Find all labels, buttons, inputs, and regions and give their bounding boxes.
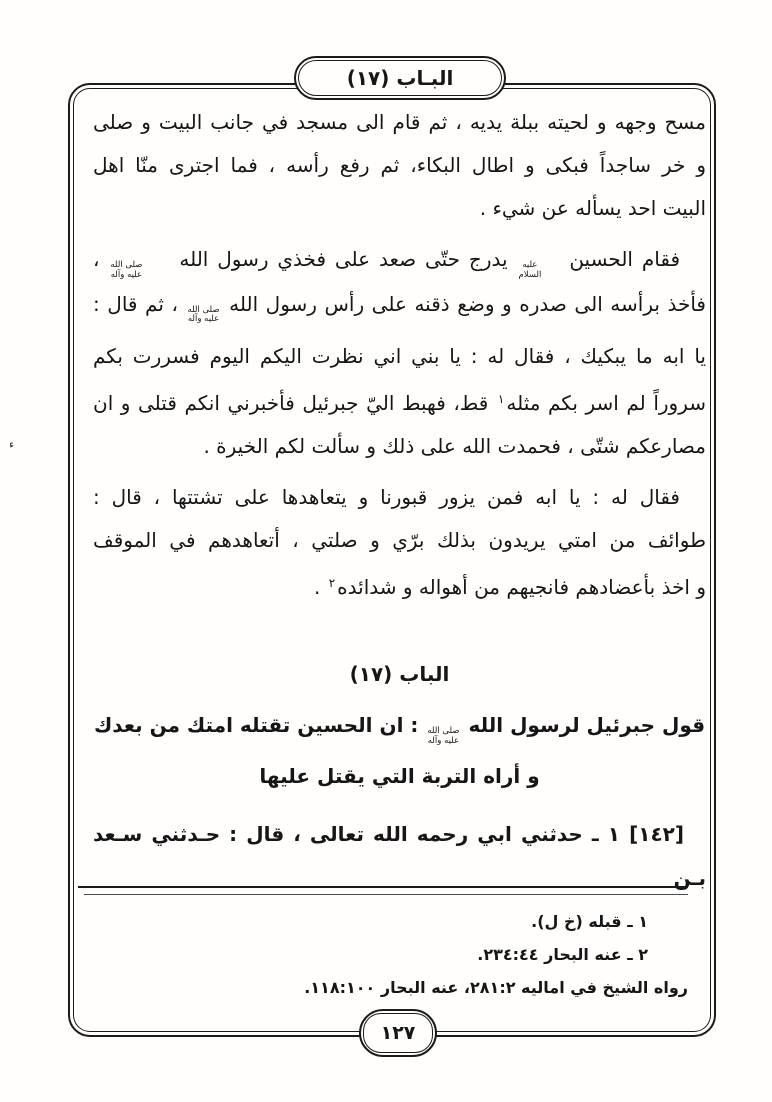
footnote-marker: ٢ <box>329 576 335 590</box>
text-run: . <box>314 575 327 599</box>
footnotes-section: ١ ـ قبله (خ ل).٢ ـ عنه البحار ٢٣٤:٤٤.روا… <box>78 886 688 1004</box>
text-run: فقال له : يا ابه فمن يزور قبورنا و يتعاه… <box>93 485 680 509</box>
chapter-header-capsule: البـاب (١٧) <box>294 56 506 100</box>
text-run: ، ثم قال : <box>93 292 185 316</box>
text-run: و أراه التربة التي يقتل عليها <box>259 764 539 788</box>
page-frame: مسح وجهه و لحيته ببلة يديه ، ثم قام الى … <box>68 83 716 1037</box>
text-run: قول جبرئيل لرسول الله <box>461 713 705 737</box>
text-line: و أراه التربة التي يقتل عليها <box>93 751 706 802</box>
text-run: يا ابه ما يبكيك ، فقال له : يا بني اني ن… <box>93 344 706 368</box>
text-line: و اخذ بأعضادهم فانجيهم من أهواله و شدائد… <box>93 562 706 609</box>
paragraph: مسح وجهه و لحيته ببلة يديه ، ثم قام الى … <box>93 101 706 230</box>
scan-artifact: ء <box>9 438 14 451</box>
honorific-as-mark: عليهالسلام <box>518 261 567 281</box>
honorific-saw-mark: صلى اللهعليه وآله <box>187 306 219 326</box>
chapter-header-label: البـاب (١٧) <box>347 68 454 88</box>
text-run: فقام الحسين <box>569 247 680 271</box>
text-run: البيت احد يسأله عن شيء . <box>480 196 706 220</box>
text-run: ، <box>93 247 108 271</box>
scanned-book-page: مسح وجهه و لحيته ببلة يديه ، ثم قام الى … <box>0 0 772 1102</box>
page-number-capsule: ١٢٧ <box>359 1009 437 1057</box>
text-line: البيت احد يسأله عن شيء . <box>93 187 706 230</box>
text-line: يا ابه ما يبكيك ، فقال له : يا بني اني ن… <box>93 335 706 378</box>
paragraph: فقال له : يا ابه فمن يزور قبورنا و يتعاه… <box>93 476 706 609</box>
text-line: فأخذ برأسه الى صدره و وضع ذقنه على رأس ر… <box>93 283 706 328</box>
text-run: [١٤٢] ١ ـ حدثني ابي رحمه الله تعالى ، قا… <box>93 822 706 890</box>
text-line: قول جبرئيل لرسول الله صلى اللهعليه وآله … <box>93 700 706 751</box>
footnote-list: ١ ـ قبله (خ ل).٢ ـ عنه البحار ٢٣٤:٤٤.روا… <box>78 905 688 1004</box>
text-run: مسح وجهه و لحيته ببلة يديه ، ثم قام الى … <box>93 110 706 134</box>
text-line: فقال له : يا ابه فمن يزور قبورنا و يتعاه… <box>93 476 706 519</box>
honorific-line: السلام <box>518 271 567 281</box>
honorific-line: عليه وآله <box>188 315 219 325</box>
text-run: يدرج حتّى صعد على فخذي رسول الله <box>170 247 516 271</box>
honorific-saw-mark: صلى اللهعليه وآله <box>110 261 168 281</box>
text-line: الباب (١٧) <box>93 649 706 700</box>
text-run: مصارعكم شتّى ، فحمدت الله على ذلك و سألت… <box>203 434 706 458</box>
paragraph: يا ابه ما يبكيك ، فقال له : يا بني اني ن… <box>93 335 706 468</box>
page-number: ١٢٧ <box>381 1024 416 1043</box>
honorific-line: عليه وآله <box>111 271 168 281</box>
footnote-marker: ١ <box>498 392 504 406</box>
text-run: قط، فهبط اليّ جبرئيل فأخبرني انكم قتلى و… <box>93 391 496 415</box>
text-line: طوائف من امتي يريدون بذلك برّي و صلتي ، … <box>93 519 706 562</box>
text-run: فأخذ برأسه الى صدره و وضع ذقنه على رأس ر… <box>222 292 706 316</box>
body-text: مسح وجهه و لحيته ببلة يديه ، ثم قام الى … <box>93 89 706 900</box>
paragraph: فقام الحسينعليهالسلام يدرج حتّى صعد على … <box>93 238 706 327</box>
text-run: و خر ساجداً فبكى و اطال البكاء، ثم رفع ر… <box>93 153 706 177</box>
text-run: طوائف من امتي يريدون بذلك برّي و صلتي ، … <box>93 528 706 552</box>
text-run: : ان الحسين تقتله امتك من بعدك <box>94 713 425 737</box>
text-line: مسح وجهه و لحيته ببلة يديه ، ثم قام الى … <box>93 101 706 144</box>
footnote-separator <box>78 886 688 888</box>
footnote-separator-echo <box>84 894 688 895</box>
footnote-line: رواه الشيخ في اماليه ٢٨١:٢، عنه البحار ١… <box>78 971 688 1004</box>
text-line: و خر ساجداً فبكى و اطال البكاء، ثم رفع ر… <box>93 144 706 187</box>
text-run: سروراً لم اسر بكم مثله <box>506 391 706 415</box>
honorific-saw-mark: صلى اللهعليه وآله <box>427 727 459 747</box>
footnote-line: ١ ـ قبله (خ ل). <box>78 905 688 938</box>
text-run: و اخذ بأعضادهم فانجيهم من أهواله و شدائد… <box>337 575 706 599</box>
text-line: فقام الحسينعليهالسلام يدرج حتّى صعد على … <box>93 238 706 283</box>
footnote-line: ٢ ـ عنه البحار ٢٣٤:٤٤. <box>78 938 688 971</box>
honorific-line: عليه وآله <box>428 737 459 747</box>
text-line: مصارعكم شتّى ، فحمدت الله على ذلك و سألت… <box>93 425 706 468</box>
text-run: الباب (١٧) <box>350 662 450 686</box>
section-heading: الباب (١٧)قول جبرئيل لرسول الله صلى الله… <box>93 649 706 802</box>
text-line: سروراً لم اسر بكم مثله١ قط، فهبط اليّ جب… <box>93 378 706 425</box>
